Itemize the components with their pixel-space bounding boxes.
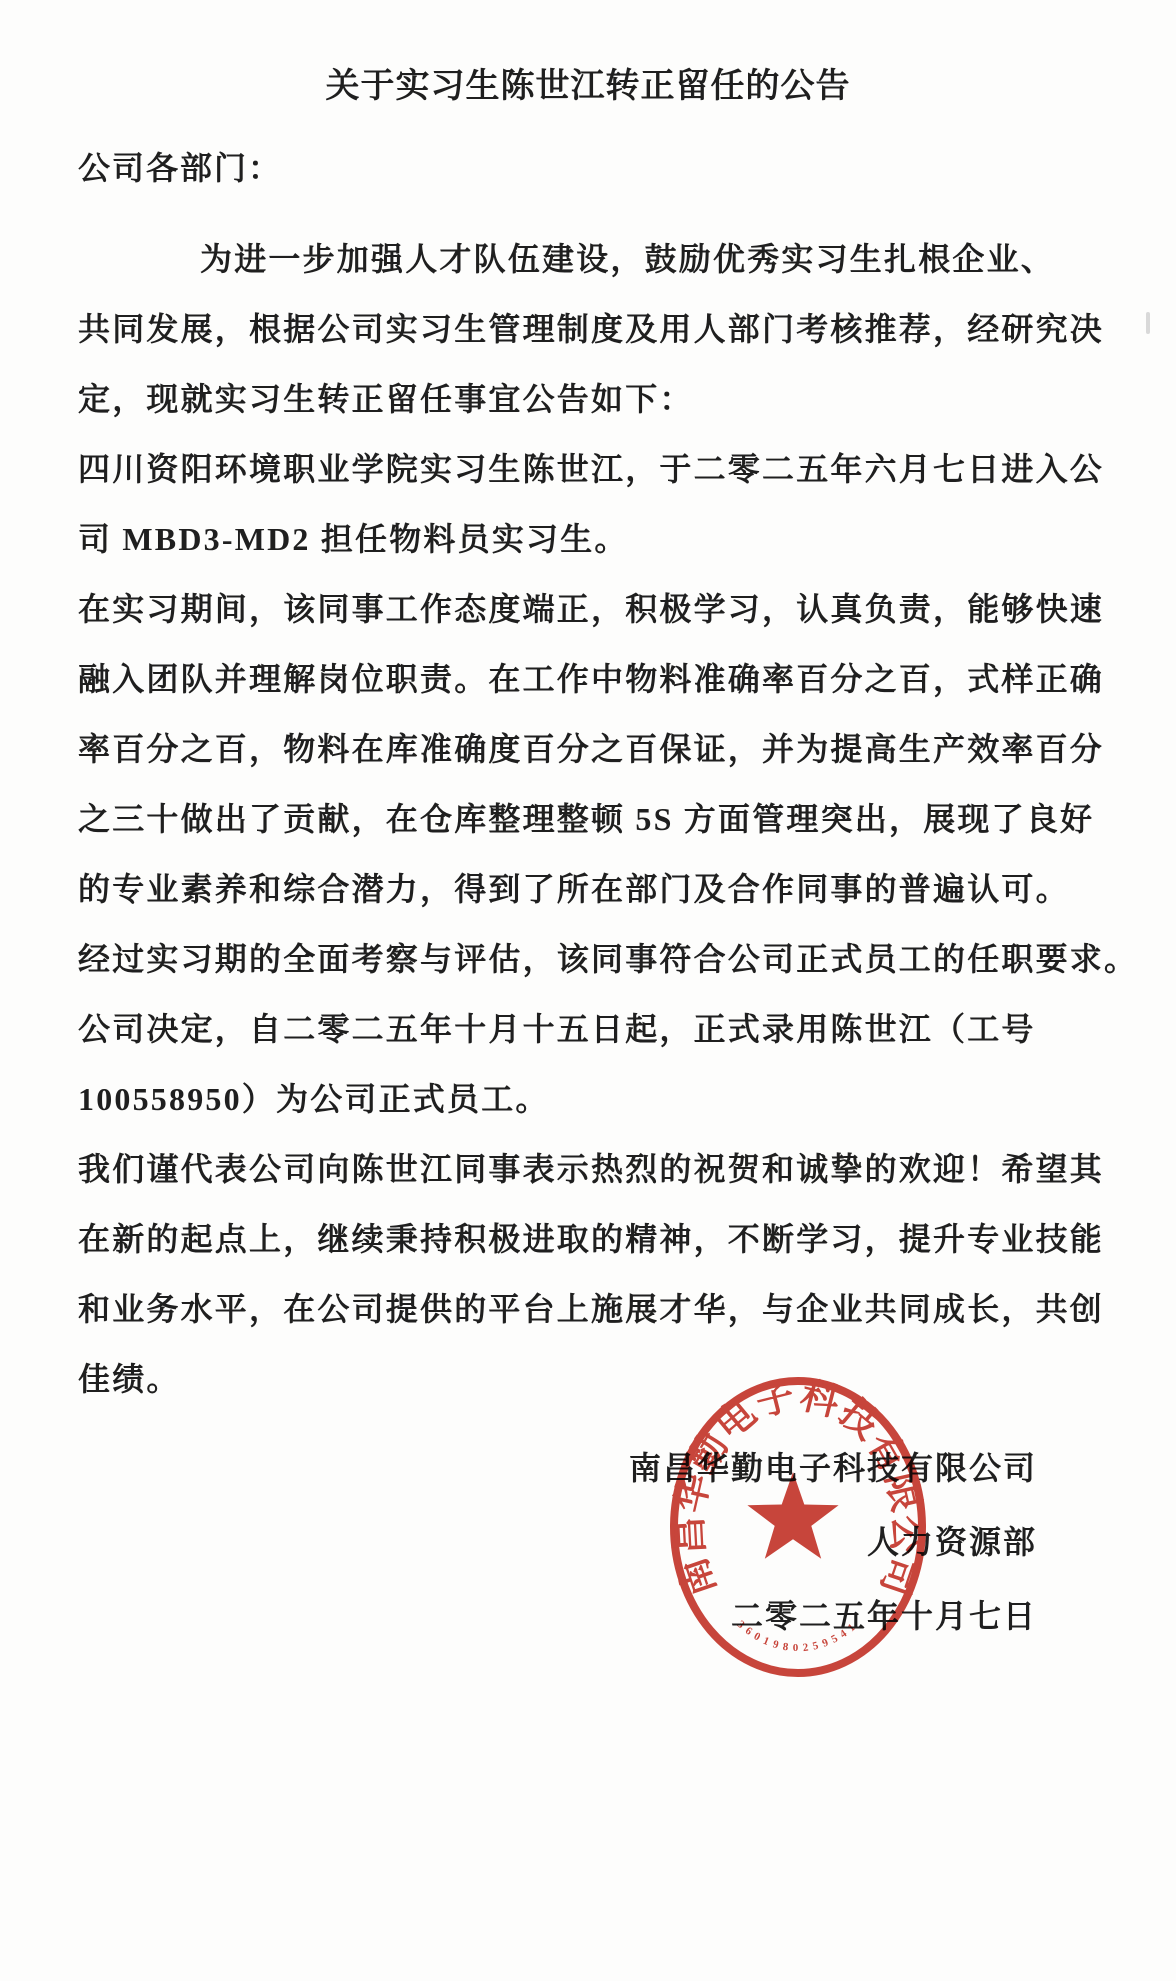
text-line: 在新的起点上，继续秉持积极进取的精神，不断学习，提升专业技能: [78, 1204, 1144, 1274]
paragraph: 在实习期间，该同事工作态度端正，积极学习，认真负责，能够快速融入团队并理解岗位职…: [78, 574, 1144, 924]
text-line: 共同发展，根据公司实习生管理制度及用人部门考核推荐，经研究决: [78, 294, 1144, 364]
red-star-icon: [747, 1472, 838, 1559]
text-line: 之三十做出了贡献，在仓库整理整顿 5S 方面管理突出，展现了良好: [78, 784, 1144, 854]
paragraph: 四川资阳环境职业学院实习生陈世江，于二零二五年六月七日进入公司 MBD3-MD2…: [78, 434, 1144, 574]
text-line: 定，现就实习生转正留任事宜公告如下：: [78, 364, 1144, 434]
paragraph: 经过实习期的全面考察与评估，该同事符合公司正式员工的任职要求。公司决定，自二零二…: [78, 924, 1144, 1134]
text-line: 司 MBD3-MD2 担任物料员实习生。: [78, 504, 1144, 574]
text-line: 的专业素养和综合潜力，得到了所在部门及合作同事的普遍认可。: [78, 854, 1144, 924]
seal-serial-number: 3601980259541: [735, 1618, 862, 1654]
text-line: 为进一步加强人才队伍建设，鼓励优秀实习生扎根企业、: [78, 224, 1144, 294]
text-line: 100558950）为公司正式员工。: [78, 1064, 1144, 1134]
text-line: 经过实习期的全面考察与评估，该同事符合公司正式员工的任职要求。: [78, 924, 1144, 994]
text-line: 佳绩。: [78, 1344, 1144, 1414]
text-line: 在实习期间，该同事工作态度端正，积极学习，认真负责，能够快速: [78, 574, 1144, 644]
scan-artifact-mark: [1146, 312, 1150, 334]
text-line: 融入团队并理解岗位职责。在工作中物料准确率百分之百，式样正确: [78, 644, 1144, 714]
salutation: 公司各部门：: [78, 133, 282, 203]
company-seal: 南昌华勤电子科技有限公司 3601980259541: [650, 1372, 950, 1692]
paragraph: 我们谨代表公司向陈世江同事表示热烈的祝贺和诚挚的欢迎！希望其在新的起点上，继续秉…: [78, 1134, 1144, 1414]
document-page: 关于实习生陈世江转正留任的公告 公司各部门： 为进一步加强人才队伍建设，鼓励优秀…: [0, 0, 1176, 1981]
text-line: 率百分之百，物料在库准确度百分之百保证，并为提高生产效率百分: [78, 714, 1144, 784]
text-line: 四川资阳环境职业学院实习生陈世江，于二零二五年六月七日进入公: [78, 434, 1144, 504]
body-paragraphs: 为进一步加强人才队伍建设，鼓励优秀实习生扎根企业、共同发展，根据公司实习生管理制…: [78, 224, 1144, 1414]
text-line: 和业务水平，在公司提供的平台上施展才华，与企业共同成长，共创: [78, 1274, 1144, 1344]
text-line: 我们谨代表公司向陈世江同事表示热烈的祝贺和诚挚的欢迎！希望其: [78, 1134, 1144, 1204]
text-line: 公司决定，自二零二五年十月十五日起，正式录用陈世江（工号: [78, 994, 1144, 1064]
paragraph: 为进一步加强人才队伍建设，鼓励优秀实习生扎根企业、共同发展，根据公司实习生管理制…: [78, 224, 1144, 434]
page-title: 关于实习生陈世江转正留任的公告: [0, 52, 1176, 122]
seal-serial-holder: 3601980259541: [735, 1618, 862, 1654]
